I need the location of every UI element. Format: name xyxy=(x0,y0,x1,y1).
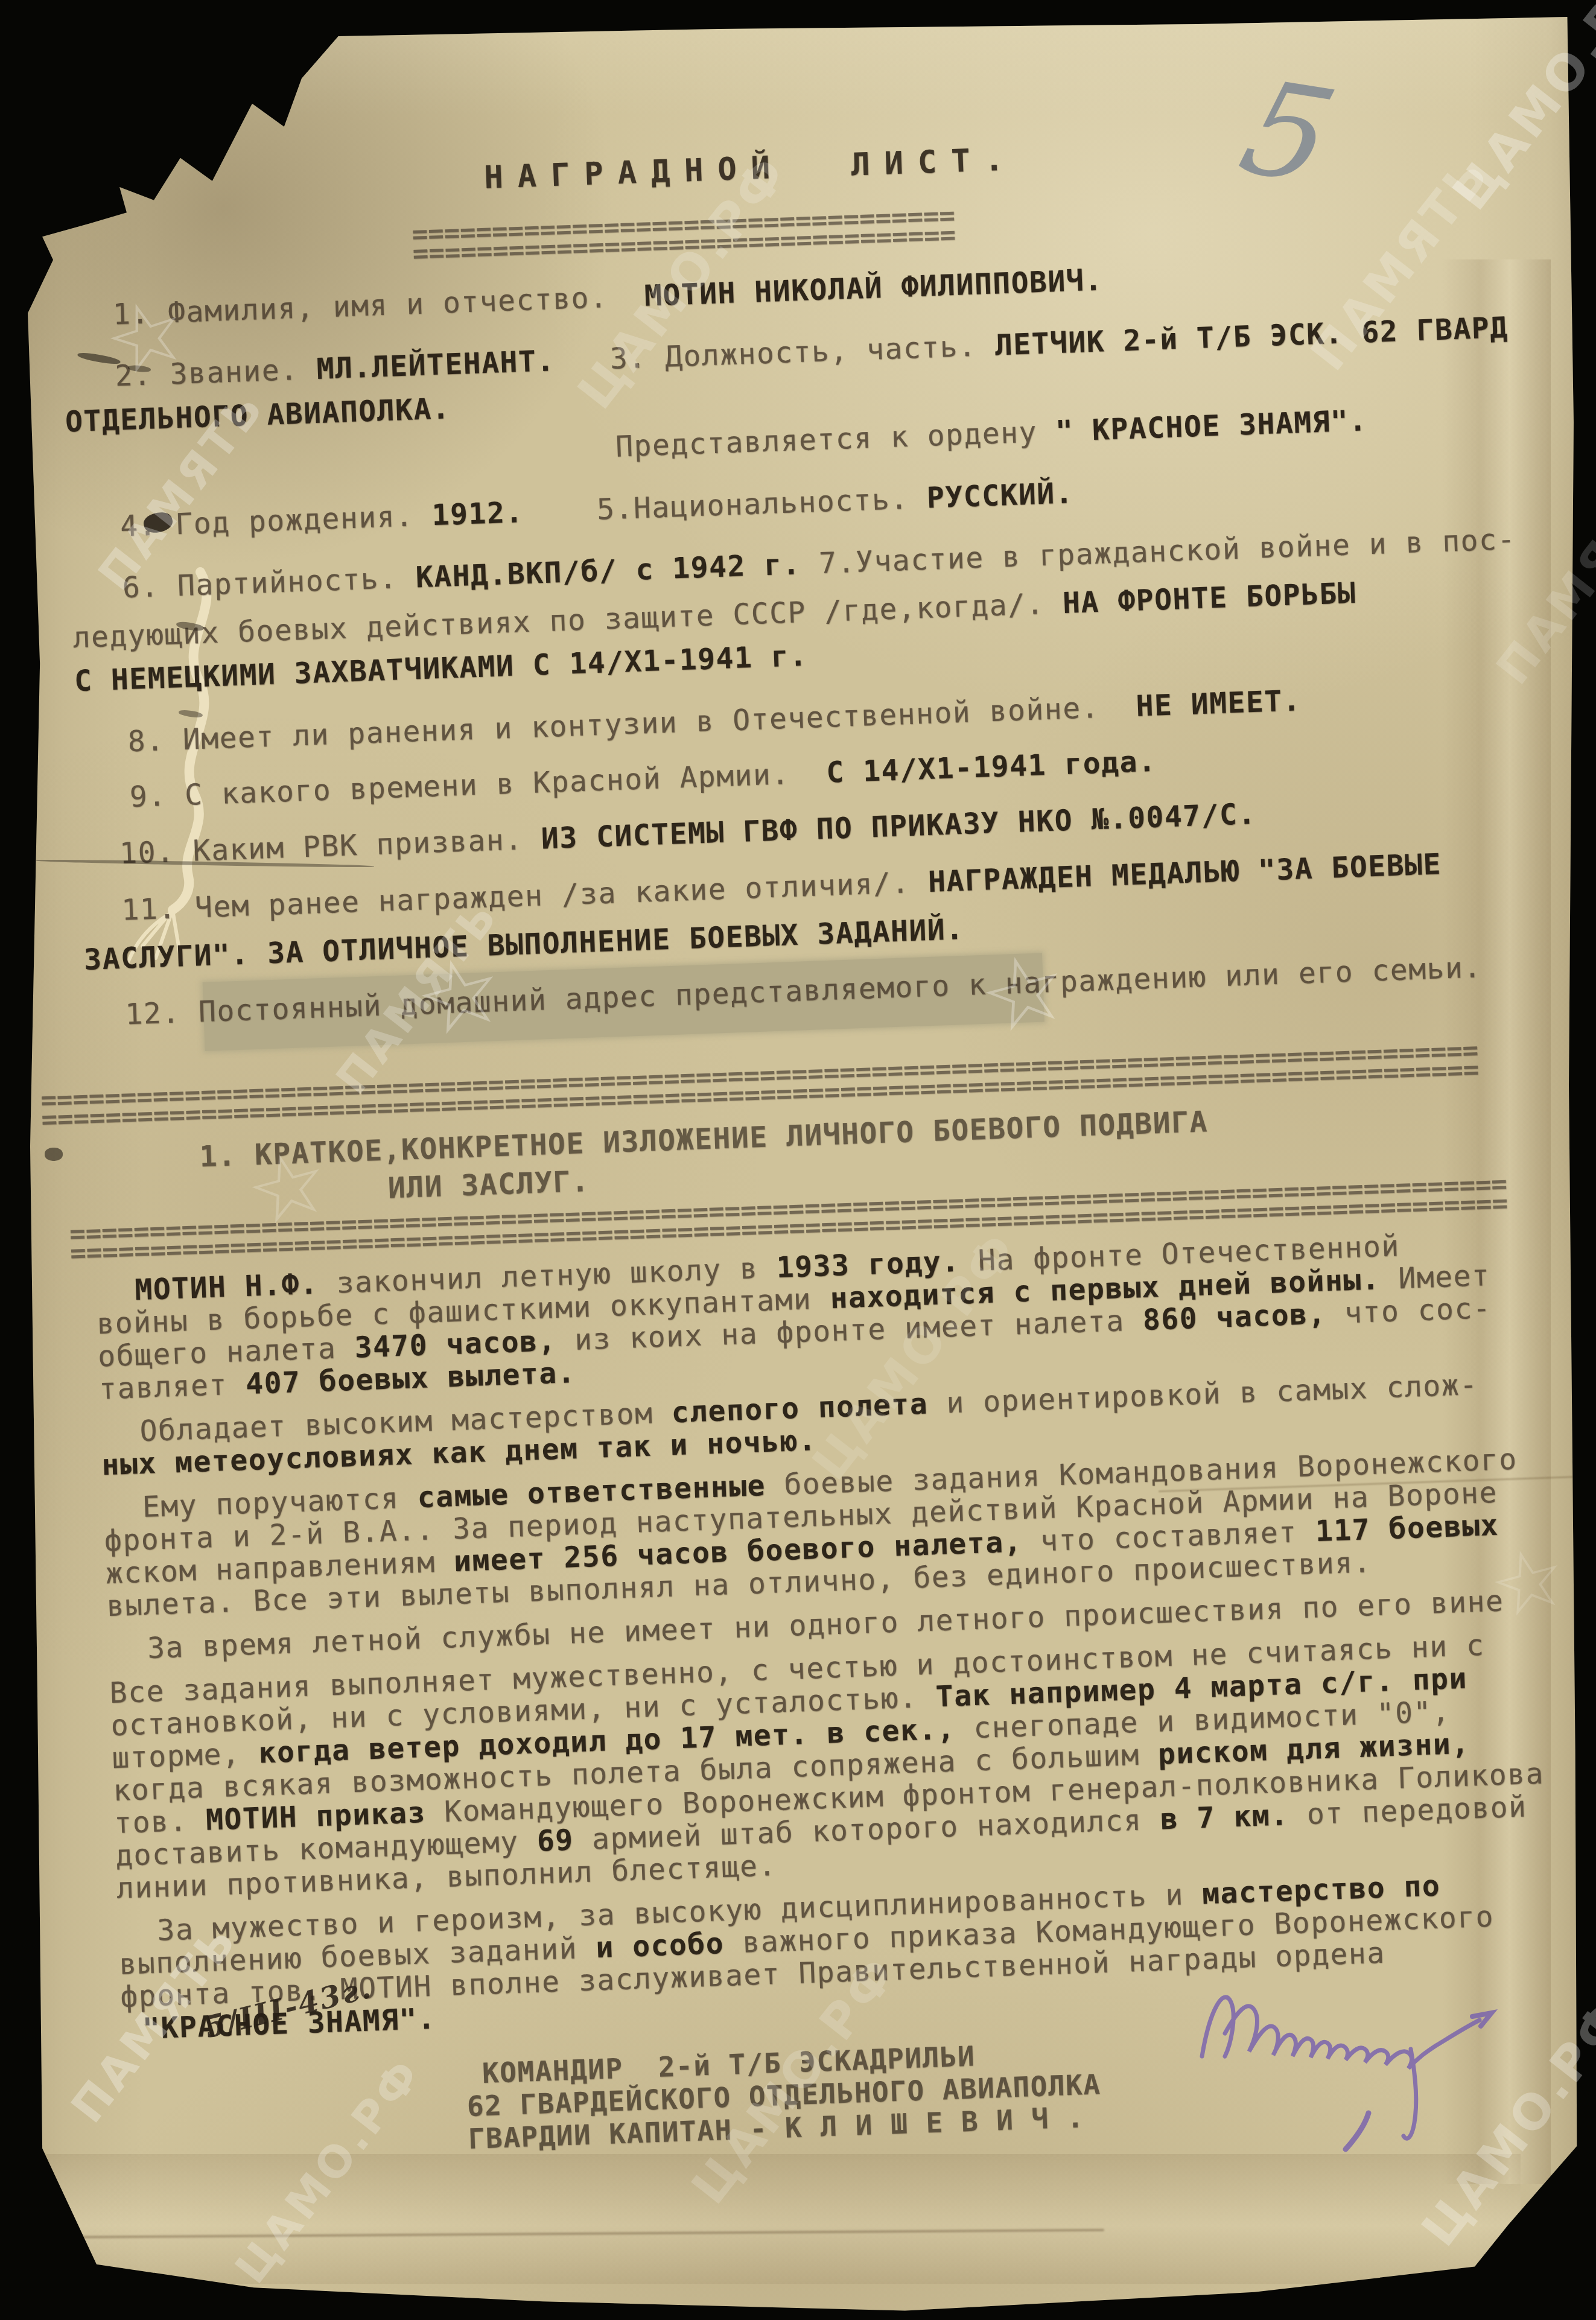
signature-ink xyxy=(0,0,1596,2320)
scanned-award-sheet: НАГРАДНОЙ ЛИСТ. ========================… xyxy=(0,0,1596,2320)
handwriting-layer: 5 5/III-43г. xyxy=(0,0,1596,2320)
